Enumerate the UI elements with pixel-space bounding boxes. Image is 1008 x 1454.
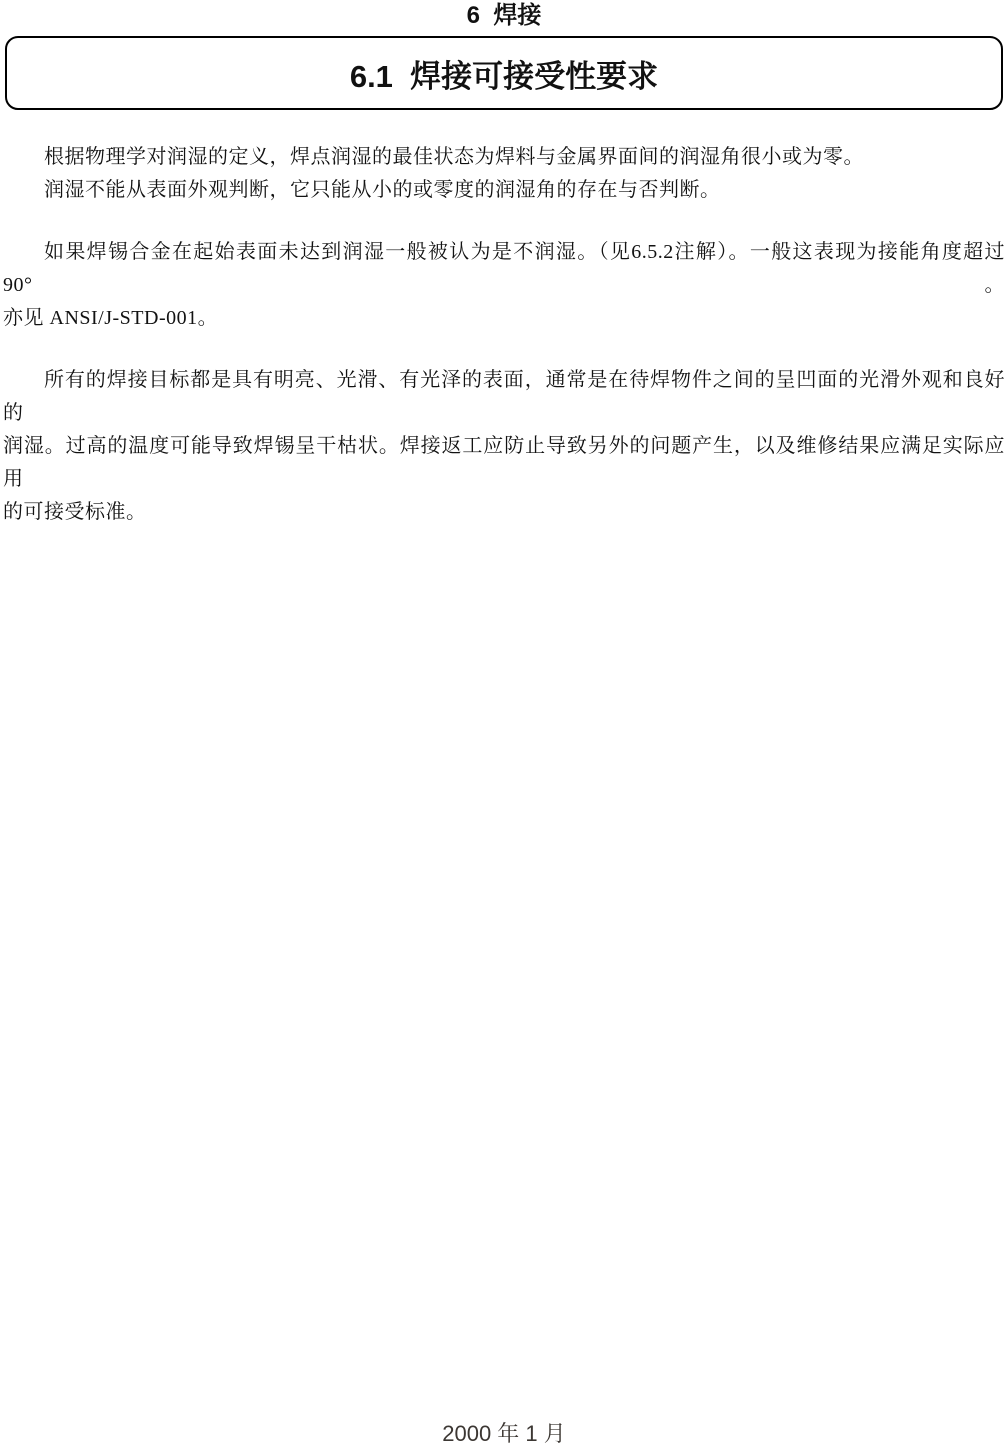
text-line: 的可接受标准。 (3, 496, 1005, 529)
text-line: 如果焊锡合金在起始表面未达到润湿一般被认为是不润湿。（见6.5.2注解）。一般这… (3, 236, 1005, 302)
page-footer-date: 2000 年 1 月 (0, 1422, 1008, 1446)
text-line: 润湿不能从表面外观判断，它只能从小的或零度的润湿角的存在与否判断。 (3, 174, 1005, 207)
section-title-box: 6.1 焊接可接受性要求 (5, 36, 1003, 110)
section-title: 6.1 焊接可接受性要求 (350, 51, 658, 96)
text-line: 亦见 ANSI/J-STD-001。 (3, 302, 1005, 335)
paragraph-nonwetting: 如果焊锡合金在起始表面未达到润湿一般被认为是不润湿。（见6.5.2注解）。一般这… (3, 236, 1005, 335)
text-line: 根据物理学对润湿的定义，焊点润湿的最佳状态为焊料与金属界面间的润湿角很小或为零。 (3, 141, 1005, 174)
text-line: 润湿。过高的温度可能导致焊锡呈干枯状。焊接返工应防止导致另外的问题产生，以及维修… (3, 430, 1005, 496)
paragraph-solder-targets: 所有的焊接目标都是具有明亮、光滑、有光泽的表面，通常是在待焊物件之间的呈凹面的光… (3, 364, 1005, 529)
document-body: 根据物理学对润湿的定义，焊点润湿的最佳状态为焊料与金属界面间的润湿角很小或为零。… (0, 141, 1008, 529)
paragraph-wetting-definition: 根据物理学对润湿的定义，焊点润湿的最佳状态为焊料与金属界面间的润湿角很小或为零。… (3, 141, 1005, 207)
document-page: 6 焊接 6.1 焊接可接受性要求 根据物理学对润湿的定义，焊点润湿的最佳状态为… (0, 0, 1008, 1454)
text-line: 所有的焊接目标都是具有明亮、光滑、有光泽的表面，通常是在待焊物件之间的呈凹面的光… (3, 364, 1005, 430)
chapter-heading: 6 焊接 (0, 0, 1008, 30)
